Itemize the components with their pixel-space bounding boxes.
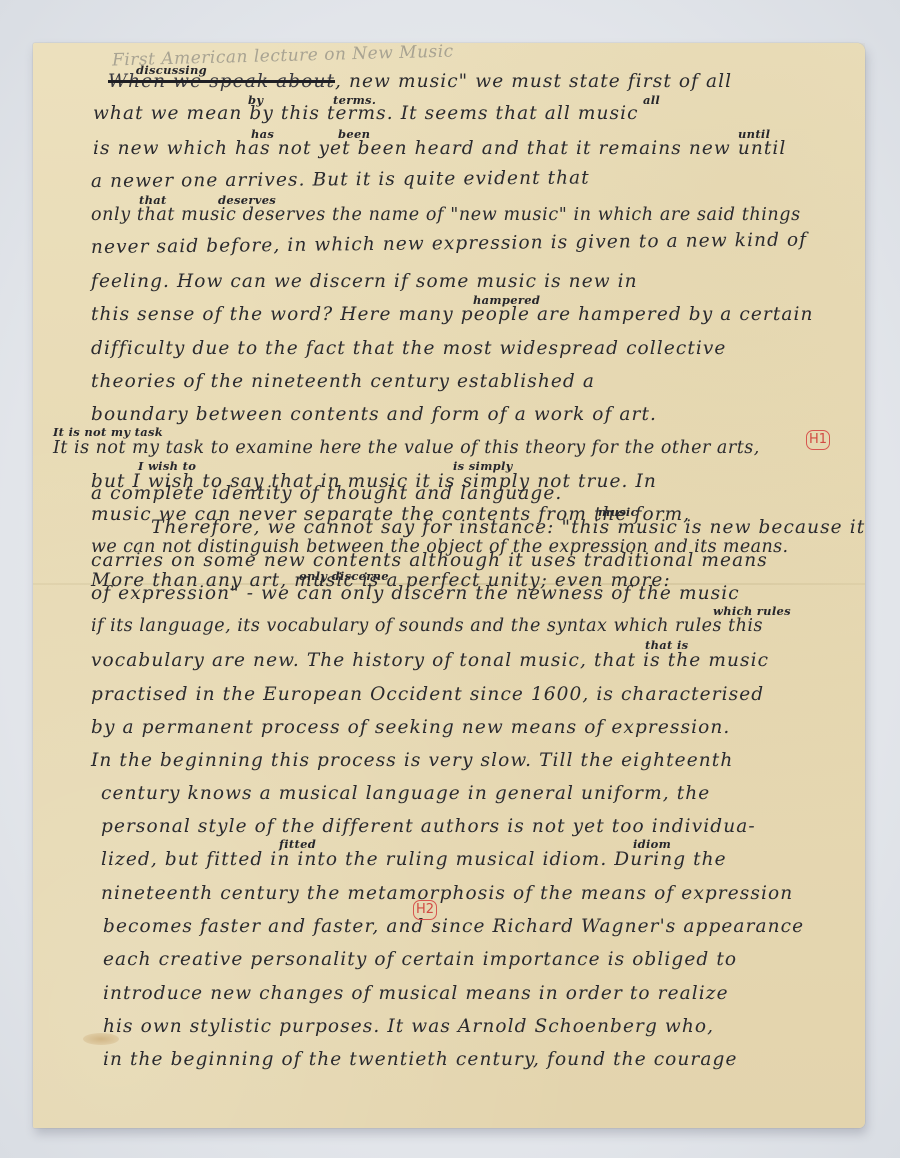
manuscript-page: First American lecture on New Music When… <box>33 43 865 1128</box>
archive-marker-h1: H1 <box>806 430 830 450</box>
manuscript-line: in the beginning of the twentieth centur… <box>103 1049 738 1070</box>
manuscript-line: of expression" - we can only discern the… <box>91 583 740 604</box>
manuscript-line: never said before, in which new expressi… <box>91 230 807 258</box>
insertion: idiom <box>633 837 671 851</box>
manuscript-line: is new which has not yet been heard and … <box>93 138 786 159</box>
line-text: , new music" we must state first of all <box>335 71 732 92</box>
insertion: has <box>251 127 274 141</box>
manuscript-line: personal style of the different authors … <box>101 816 756 837</box>
manuscript-line: each creative personality of certain imp… <box>103 949 737 970</box>
insertion: I wish to <box>138 459 196 473</box>
manuscript-line: his own stylistic purposes. It was Arnol… <box>103 1016 714 1037</box>
manuscript-line: century knows a musical language in gene… <box>101 783 710 804</box>
insertion: It is not my task <box>53 425 163 439</box>
insertion: fitted <box>279 837 316 851</box>
manuscript-line: feeling. How can we discern if some musi… <box>91 271 638 292</box>
manuscript-line: practised in the European Occident since… <box>91 684 764 705</box>
manuscript-line: by a permanent process of seeking new me… <box>91 717 730 738</box>
insertion: until <box>738 127 770 141</box>
manuscript-line: introduce new changes of musical means i… <box>103 983 729 1004</box>
manuscript-line: this sense of the word? Here many people… <box>91 304 814 325</box>
manuscript-line: boundary between contents and form of a … <box>91 404 657 425</box>
insertion: which rules <box>713 604 791 618</box>
manuscript-line: nineteenth century the metamorphosis of … <box>101 883 793 904</box>
manuscript-line: theories of the nineteenth century estab… <box>91 371 595 392</box>
insertion: hampered <box>473 293 540 307</box>
manuscript-line: lized, but fitted in into the ruling mus… <box>101 849 727 870</box>
manuscript-line: In the beginning this process is very sl… <box>91 750 733 771</box>
insertion: been <box>338 127 370 141</box>
manuscript-line: a complete identity of thought and langu… <box>91 483 562 504</box>
insertion: is simply <box>453 459 513 473</box>
manuscript-line: only that music deserves the name of "ne… <box>91 205 801 225</box>
insertion: that <box>139 193 167 207</box>
insertion: only discerne <box>299 569 389 583</box>
manuscript-line: It is not my task to examine here the va… <box>53 438 760 458</box>
manuscript-line: Therefore, we cannot say for instance: "… <box>151 517 865 538</box>
archive-marker-h2: H2 <box>413 900 437 920</box>
manuscript-line: if its language, its vocabulary of sound… <box>91 616 763 636</box>
manuscript-line: carries on some new contents although it… <box>91 550 768 571</box>
manuscript-line: difficulty due to the fact that the most… <box>91 338 726 359</box>
insertion: that is <box>645 638 688 652</box>
insertion: music <box>598 505 638 519</box>
insertion: by <box>248 93 263 107</box>
manuscript-line: becomes faster and faster, and since Ric… <box>103 916 804 937</box>
insertion: terms. <box>333 93 376 107</box>
insertion: discussing <box>136 63 207 77</box>
manuscript-line: a newer one arrives. But it is quite evi… <box>91 168 590 192</box>
manuscript-line: vocabulary are new. The history of tonal… <box>91 650 769 671</box>
insertion: deserves <box>218 193 276 207</box>
insertion: all <box>643 93 660 107</box>
